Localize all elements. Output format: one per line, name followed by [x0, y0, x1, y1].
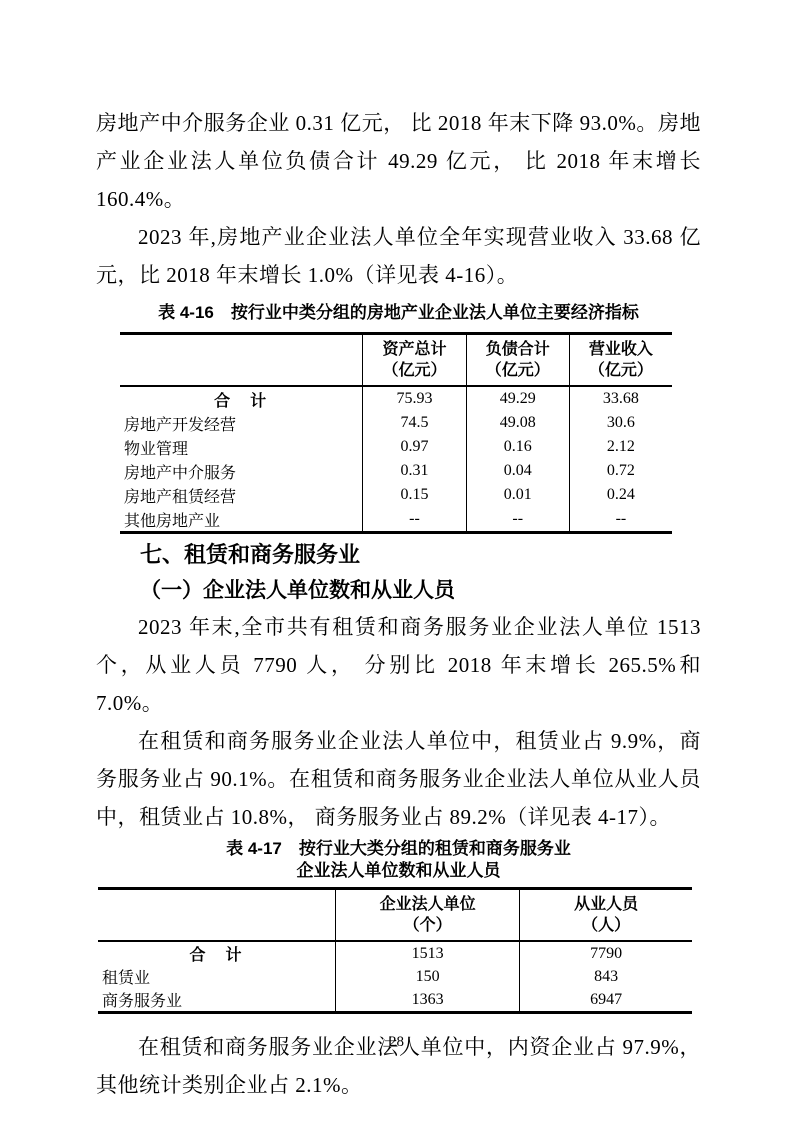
table-4-16-header-revenue: 营业收入 （亿元）: [569, 334, 672, 387]
column-unit: （个）: [336, 915, 519, 936]
row-label: 房地产中介服务: [120, 459, 363, 483]
table-row-other: 其他房地产业 -- -- --: [120, 507, 672, 533]
column-unit: （亿元）: [467, 360, 569, 381]
cell-value: 0.97: [363, 435, 466, 459]
cell-value: 0.31: [363, 459, 466, 483]
cell-value: 30.6: [569, 411, 672, 435]
cell-value: --: [569, 507, 672, 533]
table-row-agency: 房地产中介服务 0.31 0.04 0.72: [120, 459, 672, 483]
column-name: 负债合计: [467, 339, 569, 360]
table-4-16-header-assets: 资产总计 （亿元）: [363, 334, 466, 387]
table-4-16-header-stub: [120, 334, 363, 387]
row-label: 合 计: [120, 386, 363, 411]
paragraph-realestate-revenue: 2023 年,房地产业企业法人单位全年实现营业收入 33.68 亿元，比 201…: [96, 218, 701, 294]
cell-value: 7790: [520, 941, 692, 965]
cell-value: 1513: [336, 941, 520, 965]
subsection-heading: （一）企业法人单位数和从业人员: [140, 576, 701, 606]
row-label: 商务服务业: [98, 988, 336, 1013]
cell-value: 0.24: [569, 483, 672, 507]
cell-value: 0.72: [569, 459, 672, 483]
cell-value: 1363: [336, 988, 520, 1013]
row-label: 合 计: [98, 941, 336, 965]
cell-value: 33.68: [569, 386, 672, 411]
table-row-development: 房地产开发经营 74.5 49.08 30.6: [120, 411, 672, 435]
paragraph-leasing-units: 2023 年末,全市共有租赁和商务服务业企业法人单位 1513 个，从业人员 7…: [96, 608, 701, 722]
cell-value: 843: [520, 965, 692, 988]
paragraph-leasing-share: 在租赁和商务服务业企业法人单位中，租赁业占 9.9%，商务服务业占 90.1%。…: [96, 722, 701, 836]
page-content: 房地产中介服务企业 0.31 亿元， 比 2018 年末下降 93.0%。房地产…: [0, 0, 793, 1104]
cell-value: 49.29: [466, 386, 569, 411]
document-page: 房地产中介服务企业 0.31 亿元， 比 2018 年末下降 93.0%。房地产…: [0, 0, 793, 1122]
column-name: 从业人员: [520, 894, 692, 915]
table-4-17-caption-line2: 企业法人单位数和从业人员: [96, 860, 701, 882]
table-4-17-caption-line1: 表 4-17 按行业大类分组的租赁和商务服务业: [96, 838, 701, 860]
cell-value: 2.12: [569, 435, 672, 459]
column-name: 企业法人单位: [336, 894, 519, 915]
cell-value: 74.5: [363, 411, 466, 435]
cell-value: 0.04: [466, 459, 569, 483]
cell-value: 0.15: [363, 483, 466, 507]
section-heading: 七、租赁和商务服务业: [140, 540, 701, 570]
row-label: 租赁业: [98, 965, 336, 988]
cell-value: 75.93: [363, 386, 466, 411]
table-row-leasing: 租赁业 150 843: [98, 965, 692, 988]
table-4-17-header-employees: 从业人员 （人）: [520, 889, 692, 942]
table-4-17-header-units: 企业法人单位 （个）: [336, 889, 520, 942]
row-label: 其他房地产业: [120, 507, 363, 533]
column-unit: （人）: [520, 915, 692, 936]
column-unit: （亿元）: [570, 360, 672, 381]
table-row-business-services: 商务服务业 1363 6947: [98, 988, 692, 1013]
table-4-16-header-liabilities: 负债合计 （亿元）: [466, 334, 569, 387]
cell-value: 6947: [520, 988, 692, 1013]
column-name: 资产总计: [363, 339, 465, 360]
cell-value: --: [363, 507, 466, 533]
table-4-17-header-row: 企业法人单位 （个） 从业人员 （人）: [98, 889, 692, 942]
cell-value: 0.01: [466, 483, 569, 507]
cell-value: 150: [336, 965, 520, 988]
page-number: 28: [0, 1034, 793, 1051]
table-4-16-header-row: 资产总计 （亿元） 负债合计 （亿元） 营业收入 （亿元）: [120, 334, 672, 387]
table-4-17: 企业法人单位 （个） 从业人员 （人） 合 计 1513 7790 租赁业: [98, 887, 692, 1014]
column-unit: （亿元）: [363, 360, 465, 381]
table-row-total: 合 计 1513 7790: [98, 941, 692, 965]
table-4-16: 资产总计 （亿元） 负债合计 （亿元） 营业收入 （亿元） 合 计: [120, 332, 672, 534]
table-row-leasing-ops: 房地产租赁经营 0.15 0.01 0.24: [120, 483, 672, 507]
cell-value: 49.08: [466, 411, 569, 435]
table-row-property-mgmt: 物业管理 0.97 0.16 2.12: [120, 435, 672, 459]
table-4-17-header-stub: [98, 889, 336, 942]
cell-value: --: [466, 507, 569, 533]
paragraph-realestate-agency: 房地产中介服务企业 0.31 亿元， 比 2018 年末下降 93.0%。房地产…: [96, 104, 701, 218]
table-4-16-caption: 表 4-16 按行业中类分组的房地产业企业法人单位主要经济指标: [96, 302, 701, 324]
row-label: 房地产租赁经营: [120, 483, 363, 507]
table-row-total: 合 计 75.93 49.29 33.68: [120, 386, 672, 411]
row-label: 物业管理: [120, 435, 363, 459]
cell-value: 0.16: [466, 435, 569, 459]
column-name: 营业收入: [570, 339, 672, 360]
row-label: 房地产开发经营: [120, 411, 363, 435]
